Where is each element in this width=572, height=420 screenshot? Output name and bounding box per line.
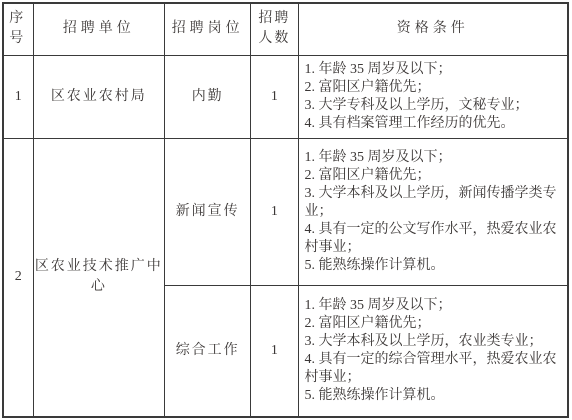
header-row: 序号 招聘单位 招聘岗位 招聘人数 资格条件	[3, 3, 568, 55]
qualification-list: 1. 年龄 35 周岁及以下； 2. 富阳区户籍优先； 3. 大学专科及以上学历…	[298, 55, 568, 138]
headcount: 1	[251, 55, 298, 138]
position-name: 新闻宣传	[165, 138, 251, 285]
recruiting-unit: 区农业技术推广中心	[33, 138, 164, 417]
qualification-list: 1. 年龄 35 周岁及以下； 2. 富阳区户籍优先； 3. 大学本科及以上学历…	[298, 285, 568, 417]
qualification-list: 1. 年龄 35 周岁及以下； 2. 富阳区户籍优先； 3. 大学本科及以上学历…	[298, 138, 568, 285]
table-row: 1 区农业农村局 内勤 1 1. 年龄 35 周岁及以下； 2. 富阳区户籍优先…	[3, 55, 568, 138]
col-header-unit: 招聘单位	[33, 3, 164, 55]
headcount: 1	[251, 138, 298, 285]
col-header-index: 序号	[3, 3, 33, 55]
recruitment-table: 序号 招聘单位 招聘岗位 招聘人数 资格条件 1 区农业农村局 内勤 1 1. …	[2, 2, 569, 418]
row-index: 1	[3, 55, 33, 138]
position-name: 综合工作	[165, 285, 251, 417]
col-header-count: 招聘人数	[251, 3, 298, 55]
col-header-qualifications: 资格条件	[298, 3, 568, 55]
headcount: 1	[251, 285, 298, 417]
table-row: 2 区农业技术推广中心 新闻宣传 1 1. 年龄 35 周岁及以下； 2. 富阳…	[3, 138, 568, 285]
col-header-position: 招聘岗位	[165, 3, 251, 55]
row-index: 2	[3, 138, 33, 417]
recruiting-unit: 区农业农村局	[33, 55, 164, 138]
position-name: 内勤	[165, 55, 251, 138]
